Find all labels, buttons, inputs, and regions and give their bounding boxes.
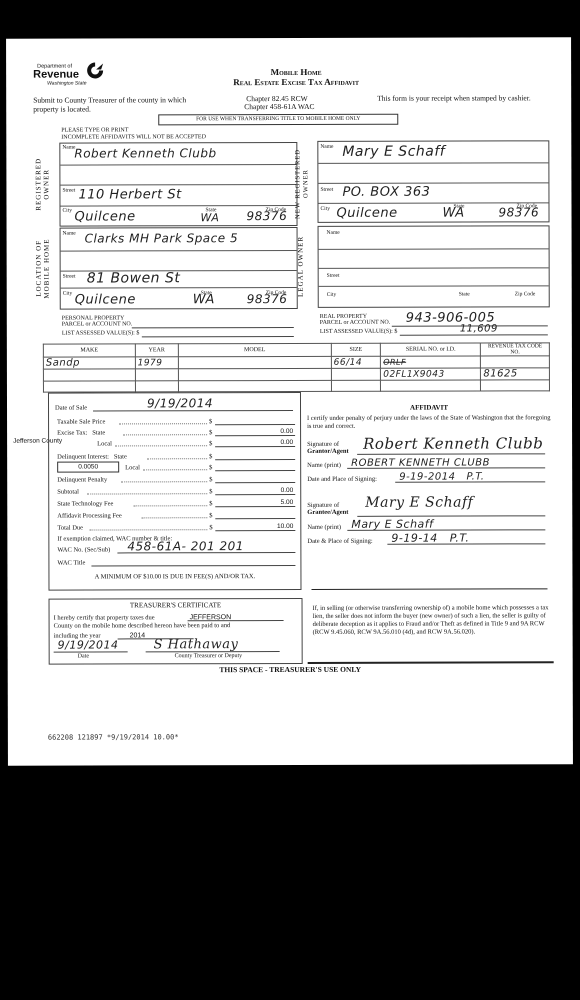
- personal-assessed-label: LIST ASSESSED VALUE(S): $: [62, 330, 140, 336]
- registered-owner-name[interactable]: Robert Kenneth Clubb: [74, 146, 216, 160]
- grantor-date-value[interactable]: 9-19-2014 P.T.: [399, 471, 484, 482]
- fees-box: Date of Sale 9/19/2014 Taxable Sale Pric…: [48, 392, 302, 591]
- grantor-name-row: Name (print) ROBERT KENNETH CLUBB: [307, 456, 551, 469]
- street-label: Street: [63, 274, 76, 280]
- cell-size[interactable]: [331, 368, 381, 380]
- new-owner-city[interactable]: Quilcene: [336, 206, 397, 221]
- treasurer-certificate-box: TREASURER'S CERTIFICATE I hereby certify…: [49, 598, 303, 665]
- title-line-2: Real Estate Excise Tax Affidavit: [186, 77, 406, 88]
- submit-note: Submit to County Treasurer of the county…: [33, 95, 193, 113]
- affidavit-divider: [311, 588, 547, 590]
- location-state[interactable]: WA: [193, 292, 215, 307]
- form-title: Mobile Home Real Estate Excise Tax Affid…: [186, 67, 406, 88]
- personal-parcel-label: PARCEL or ACCOUNT NO.: [62, 321, 132, 327]
- fee-label: Local: [97, 440, 112, 447]
- fee-label: Subtotal: [57, 489, 79, 496]
- treasurer-date-line: [54, 651, 128, 652]
- grantor-sig-line: [357, 453, 545, 454]
- cell-serial[interactable]: [381, 380, 481, 391]
- treasurer-date-value[interactable]: 9/19/2014: [58, 638, 119, 651]
- fee-label: Taxable Sale Price: [57, 418, 105, 425]
- grantee-date-row: Date & Place of Signing: 9-19-14 P.T.: [307, 532, 551, 545]
- treasurer-line-1: I hereby certify that property taxes due…: [54, 612, 294, 622]
- header-year: YEAR: [135, 344, 178, 357]
- cell-size[interactable]: 66/14: [331, 356, 381, 368]
- please-type-note: PLEASE TYPE OR PRINT: [61, 127, 128, 133]
- affidavit-title: AFFIDAVIT: [307, 403, 551, 412]
- treasurer-sig-label: County Treasurer or Deputy: [175, 653, 243, 659]
- affidavit-page: Department of Revenue Washington State S…: [6, 37, 573, 765]
- grantor-date-label: Date and Place of Signing:: [307, 476, 377, 483]
- grantee-signature[interactable]: Mary E Schaff: [365, 495, 473, 511]
- registered-owner-label: REGISTERED OWNER: [34, 143, 52, 227]
- fee-state-technology: State Technology Fee $ 5.00: [57, 497, 295, 508]
- treasurer-use-label: THIS SPACE - TREASURER'S USE ONLY: [8, 664, 573, 674]
- fee-label: Total Due: [57, 525, 83, 532]
- affidavit-block: AFFIDAVIT I certify under penalty of per…: [307, 403, 551, 545]
- minimum-note: A MINIMUM OF $10.00 IS DUE IN FEE(S) AND…: [49, 573, 300, 581]
- fee-label: Affidavit Processing Fee: [57, 512, 122, 519]
- fee-label: State Technology Fee: [57, 500, 113, 507]
- logo-revenue-text: Revenue: [33, 69, 79, 81]
- fee-label: Delinquent Penalty: [57, 476, 107, 483]
- real-assessed-label: LIST ASSESSED VALUE(S): $: [320, 329, 398, 335]
- city-label: City: [62, 208, 72, 214]
- location-zip[interactable]: 98376: [247, 292, 288, 306]
- street-label: Street: [320, 187, 333, 193]
- treasurer-text-1: I hereby certify that property taxes due: [54, 614, 155, 621]
- treasurer-signature-field: S Hathaway: [146, 638, 280, 652]
- city-label: City: [63, 291, 73, 297]
- fee-value[interactable]: 5.00: [281, 499, 294, 506]
- treasurer-date-field: 9/19/2014: [54, 638, 128, 652]
- cell-year[interactable]: [135, 381, 178, 392]
- receipt-note: This form is your receipt when stamped b…: [377, 93, 537, 102]
- header-serial: SERIAL NO. or I.D.: [381, 343, 481, 356]
- fee-taxable-price: Taxable Sale Price $: [57, 415, 295, 426]
- location-label: LOCATION OF MOBILE HOME: [35, 229, 55, 309]
- wac-no-label: WAC No. (Sec/Sub): [57, 546, 110, 553]
- cell-make[interactable]: Sandp: [43, 357, 135, 369]
- fee-label: Excise Tax: State: [57, 429, 105, 436]
- new-owner-name[interactable]: Mary E Schaff: [342, 144, 445, 160]
- cell-year[interactable]: [135, 369, 178, 381]
- fee-delinquent-interest-local: 0.0050 Local $: [57, 461, 295, 472]
- dor-swirl-icon: [85, 60, 105, 80]
- wac-no-row: WAC No. (Sec/Sub) 458-61A- 201 201: [57, 543, 295, 554]
- legal-owner-box: Name Street City State Zip Code: [318, 225, 550, 308]
- location-city[interactable]: Quilcene: [75, 292, 136, 307]
- wac-title-field[interactable]: [91, 565, 295, 567]
- header-tax-code: REVENUE TAX CODE NO.: [481, 343, 550, 356]
- fee-delinquent-interest-state: Delinquent Interest: State $: [57, 450, 295, 461]
- fee-excise-local: Local $ 0.00: [57, 437, 295, 448]
- wac-title-row: WAC Title: [57, 556, 295, 567]
- cell-make[interactable]: [43, 381, 135, 392]
- fee-affidavit-processing: Affidavit Processing Fee $: [57, 509, 295, 520]
- city-label: City: [320, 206, 330, 212]
- personal-parcel-field[interactable]: [132, 327, 294, 328]
- location-box: Name Clarks MH Park Space 5 Street 81 Bo…: [60, 227, 298, 310]
- registered-owner-box: Name Robert Kenneth Clubb Street 110 Her…: [59, 142, 297, 227]
- name-label: Name: [327, 230, 340, 236]
- name-label: Name: [63, 231, 76, 237]
- date-of-sale-value[interactable]: 9/19/2014: [147, 396, 213, 410]
- cell-year[interactable]: 1979: [135, 357, 178, 369]
- fee-label: Delinquent Interest: State: [57, 453, 127, 460]
- grantee-name-value[interactable]: Mary E Schaff: [351, 518, 433, 531]
- location-street[interactable]: 81 Bowen St: [87, 270, 181, 286]
- cell-size[interactable]: [331, 380, 381, 391]
- cell-serial-struck[interactable]: ORLF: [381, 356, 481, 368]
- fee-total-due: Total Due $ 10.00: [57, 521, 295, 532]
- treasurer-county-value[interactable]: JEFFERSON: [190, 614, 232, 621]
- grantee-sig-label-2: Grantee/Agent: [307, 509, 348, 516]
- treasurer-sig-line: [146, 651, 280, 652]
- cell-tax-code[interactable]: [481, 380, 550, 391]
- grantee-signature-row: Signature of Grantee/Agent Mary E Schaff: [307, 494, 551, 517]
- location-name[interactable]: Clarks MH Park Space 5: [85, 231, 239, 245]
- incomplete-note: INCOMPLETE AFFIDAVITS WILL NOT BE ACCEPT…: [61, 134, 206, 140]
- new-owner-state[interactable]: WA: [442, 206, 464, 221]
- name-label: Name: [320, 144, 333, 150]
- treasurer-date-label: Date: [78, 654, 89, 660]
- personal-assessed-field[interactable]: [142, 336, 294, 337]
- registered-owner-street[interactable]: 110 Herbert St: [78, 187, 181, 202]
- grantor-signature-row: Signature of Grantor/Agent Robert Kennet…: [307, 434, 551, 455]
- registered-owner-zip[interactable]: 98376: [246, 209, 287, 223]
- street-label: Street: [62, 188, 75, 194]
- lien-notice: If, in selling (or otherwise transferrin…: [313, 604, 549, 637]
- state-label: State: [459, 292, 470, 298]
- legal-owner-label: LEGAL OWNER: [297, 228, 311, 304]
- grantee-date-value[interactable]: 9-19-14 P.T.: [391, 532, 469, 545]
- cell-serial[interactable]: 02FL1X9043: [381, 368, 481, 380]
- cell-model[interactable]: [178, 356, 331, 368]
- fee-value[interactable]: 0.00: [280, 439, 293, 446]
- new-registered-owner-box: Name Mary E Schaff Street PO. BOX 363 Ci…: [317, 140, 549, 223]
- receipt-stamp: 662208 121897 *9/19/2014 10.00*: [48, 733, 179, 741]
- table-header-row: MAKE YEAR MODEL SIZE SERIAL NO. or I.D. …: [43, 343, 549, 357]
- city-label: City: [327, 292, 337, 298]
- fee-subtotal: Subtotal $ 0.00: [57, 485, 295, 496]
- header-size: SIZE: [331, 343, 381, 356]
- treasurer-title: TREASURER'S CERTIFICATE: [50, 601, 302, 610]
- grantor-sig-label-2: Grantor/Agent: [307, 448, 349, 455]
- zip-label: Zip Code: [515, 291, 536, 297]
- registered-owner-state[interactable]: WA: [201, 211, 220, 224]
- grantee-name-label: Name (print): [307, 524, 341, 531]
- cell-model[interactable]: [178, 380, 331, 391]
- fee-value[interactable]: 10.00: [277, 523, 293, 530]
- fee-excise-state: Excise Tax: State $ 0.00: [57, 426, 295, 437]
- grantor-signature[interactable]: Robert Kenneth Clubb: [363, 434, 543, 452]
- grantee-sig-line: [357, 515, 545, 516]
- fee-label: Local: [125, 464, 140, 471]
- new-owner-zip[interactable]: 98376: [498, 205, 539, 219]
- treasurer-text-2: County on the mobile home described here…: [54, 622, 231, 629]
- chapter-wac: Chapter 458-61A WAC: [244, 102, 314, 111]
- fee-delinquent-penalty: Delinquent Penalty $: [57, 473, 295, 484]
- registered-owner-city[interactable]: Quilcene: [74, 209, 135, 224]
- real-parcel-label: PARCEL or ACCOUNT NO.: [320, 320, 390, 326]
- grantee-name-row: Name (print) Mary E Schaff: [307, 518, 551, 531]
- rate-box[interactable]: 0.0050: [57, 461, 119, 472]
- grantee-date-label: Date & Place of Signing:: [307, 538, 372, 545]
- street-label: Street: [327, 273, 340, 279]
- wac-title-label: WAC Title: [57, 560, 85, 567]
- header-make: MAKE: [43, 344, 135, 357]
- cell-model[interactable]: [178, 368, 331, 380]
- use-banner: FOR USE WHEN TRANSFERRING TITLE TO MOBIL…: [158, 114, 398, 126]
- grantor-name-label: Name (print): [307, 462, 341, 469]
- real-assessed-line: [400, 334, 548, 335]
- fee-value[interactable]: 0.00: [281, 487, 294, 494]
- table-row: [43, 380, 549, 392]
- cell-tax-code[interactable]: 81625: [481, 368, 550, 380]
- cell-tax-code[interactable]: [481, 356, 550, 368]
- affidavit-certify-text: I certify under penalty of perjury under…: [307, 414, 551, 431]
- fee-value[interactable]: 0.00: [280, 428, 293, 435]
- real-assessed-value[interactable]: 11,609: [460, 323, 498, 334]
- cell-make[interactable]: [43, 369, 135, 381]
- grantor-name-value[interactable]: ROBERT KENNETH CLUBB: [351, 457, 490, 468]
- date-of-sale-label: Date of Sale: [55, 405, 87, 412]
- treasurer-signature[interactable]: S Hathaway: [154, 637, 239, 652]
- wac-no-value[interactable]: 458-61A- 201 201: [127, 539, 244, 553]
- new-registered-owner-label: NEW REGISTERED OWNER: [294, 142, 312, 226]
- new-owner-street[interactable]: PO. BOX 363: [342, 185, 430, 200]
- real-property-block: REAL PROPERTY PARCEL or ACCOUNT NO. 943-…: [320, 313, 548, 335]
- logo-state-text: Washington State: [47, 81, 86, 87]
- personal-property-block: PERSONAL PROPERTY PARCEL or ACCOUNT NO. …: [62, 315, 294, 337]
- mobile-home-table: MAKE YEAR MODEL SIZE SERIAL NO. or I.D. …: [43, 342, 550, 392]
- header-model: MODEL: [178, 343, 331, 356]
- dor-logo: Department of Revenue Washington State: [33, 60, 113, 90]
- grantor-date-row: Date and Place of Signing: 9-19-2014 P.T…: [307, 470, 551, 483]
- date-of-sale-row: Date of Sale 9/19/2014: [55, 399, 293, 412]
- treasurer-year-value[interactable]: 2014: [130, 632, 146, 639]
- title-line-1: Mobile Home: [186, 67, 406, 78]
